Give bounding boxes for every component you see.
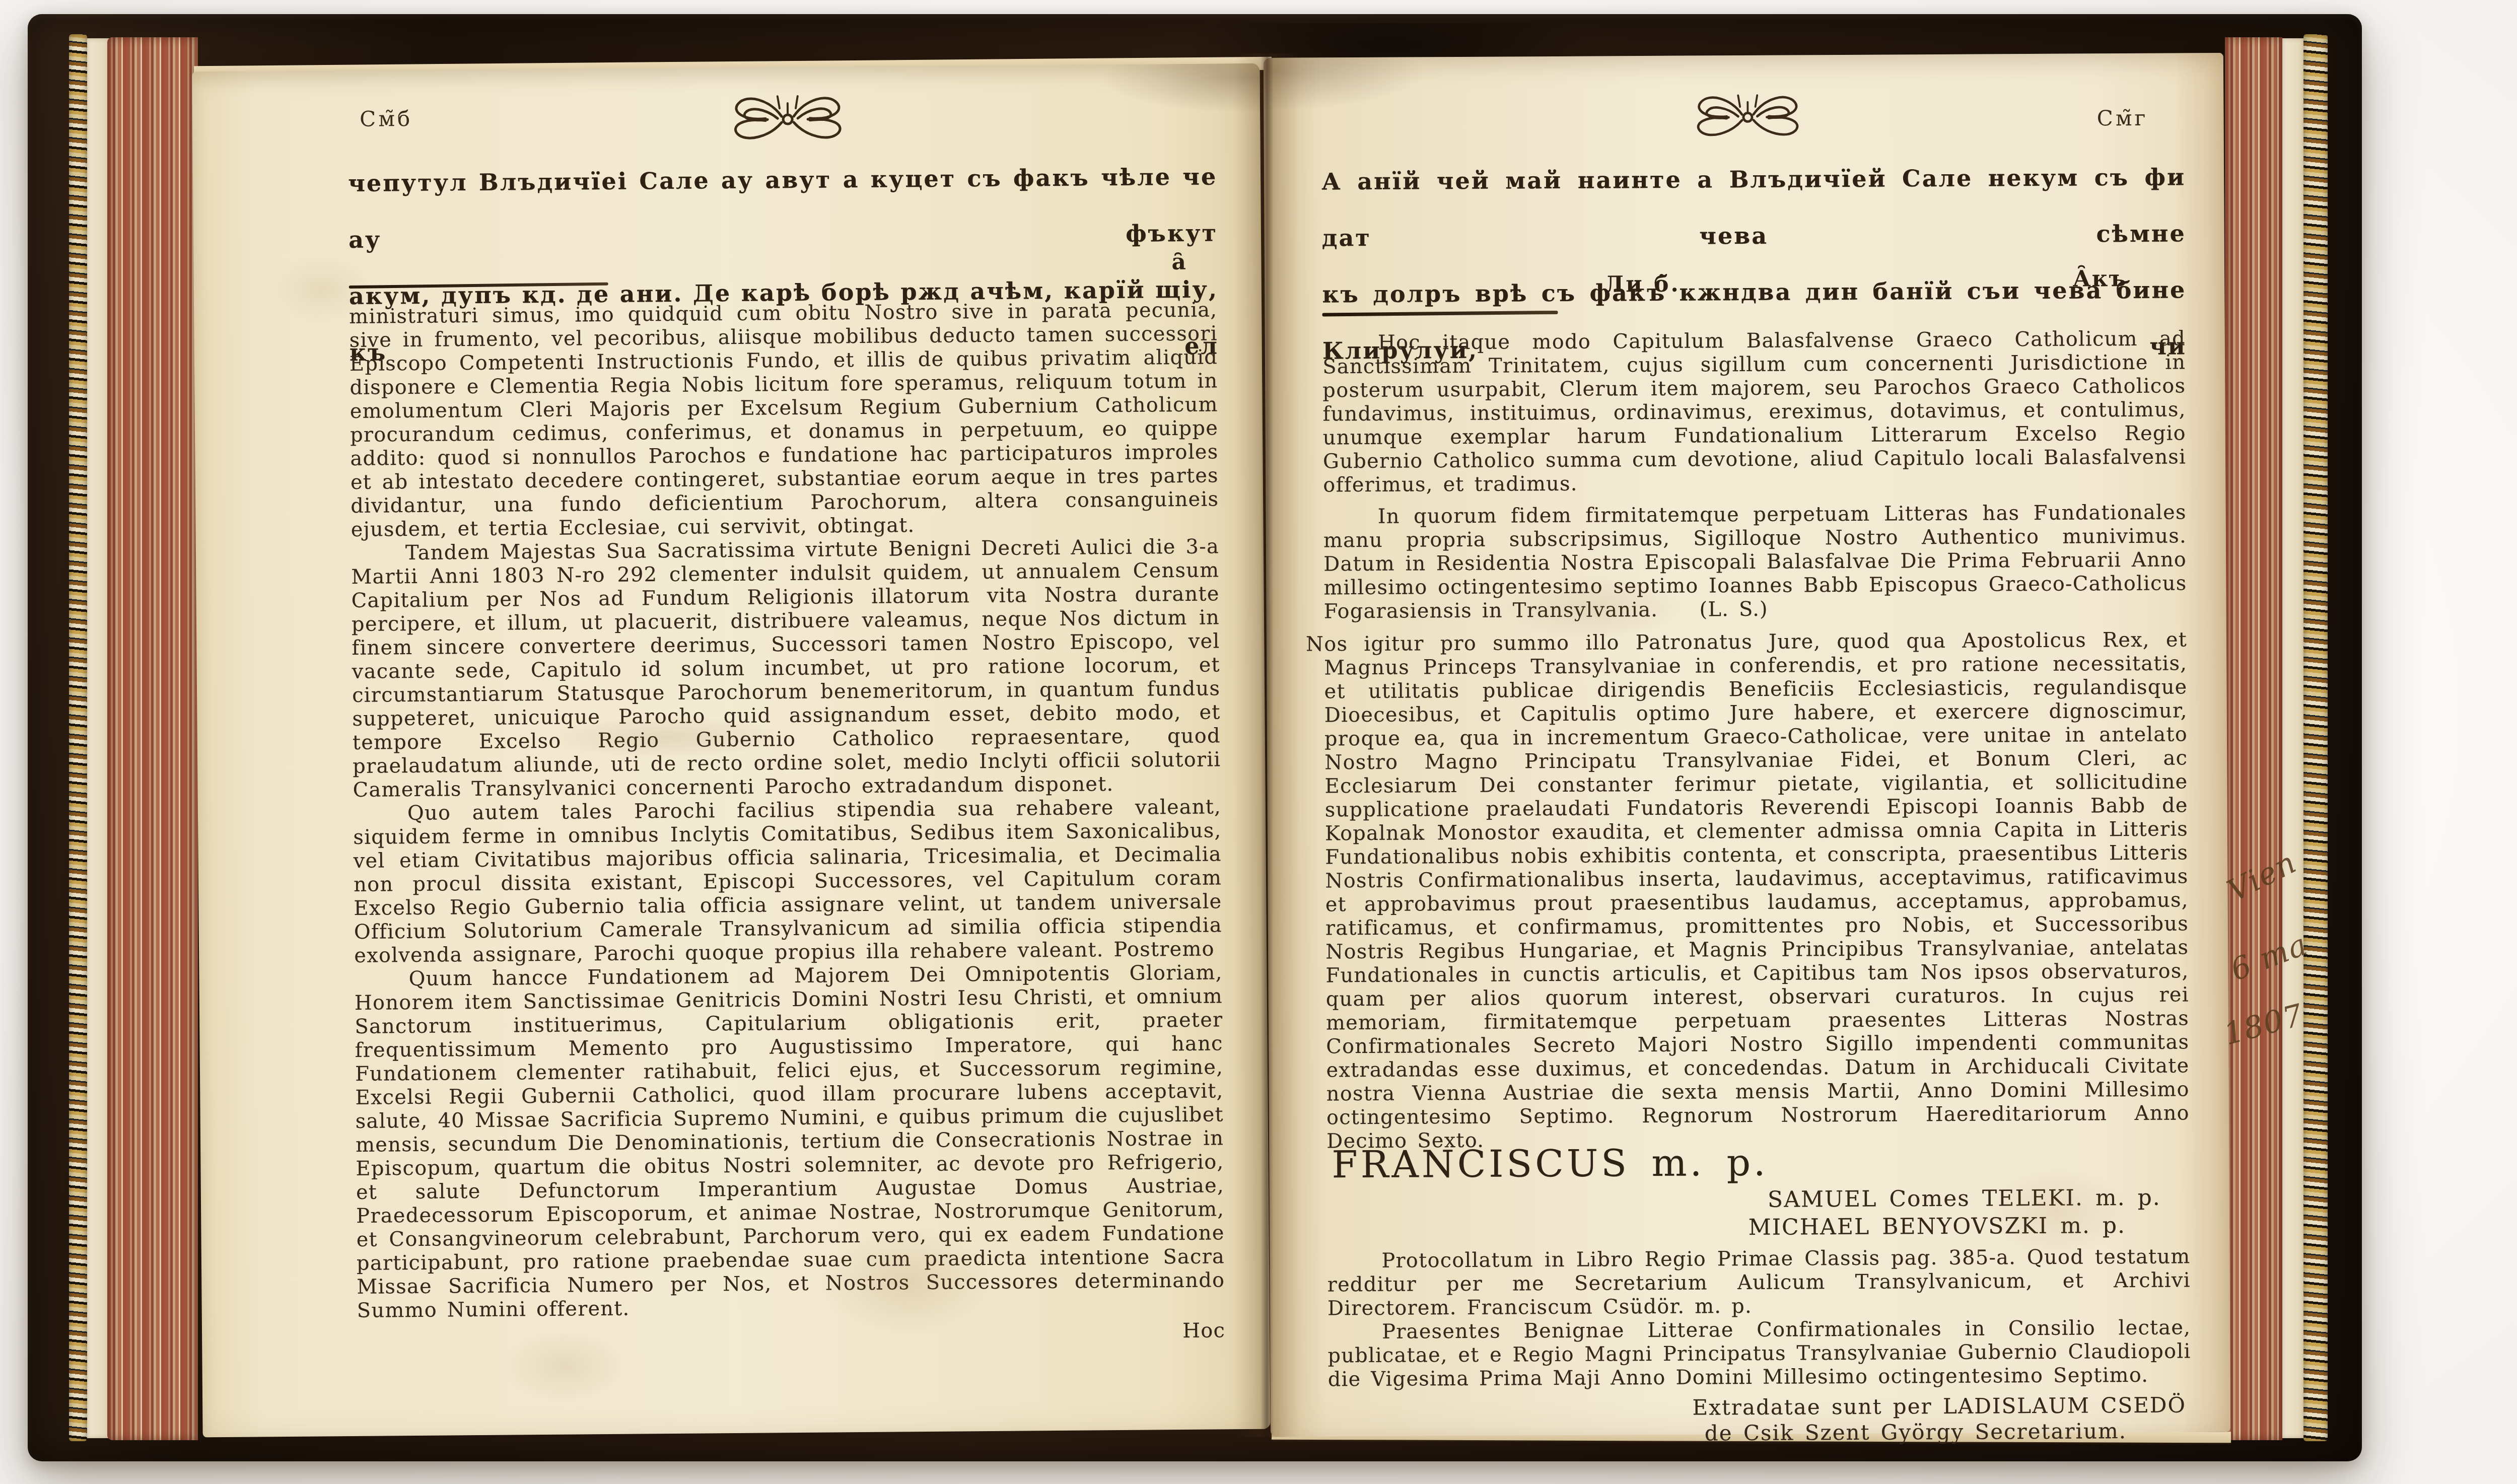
endpaper-edge-left [87, 38, 109, 1438]
printers-ornament-icon [719, 88, 857, 152]
paragraph: Nos igitur pro summo illo Patronatus Jur… [1324, 628, 2190, 1153]
paragraph: Tandem Majestas Sua Sacratissima virtute… [351, 535, 1221, 802]
catchword-cyrillic: А̑къ [2073, 266, 2127, 292]
paragraph: Hoc itaque modo Capitulum Balasfalvense … [1322, 327, 2187, 497]
footnote-ref-row: Ли б̃. А̑къ [1322, 268, 2186, 308]
extradatae-line: de Csik Szent György Secretarium. [1328, 1419, 2191, 1447]
endpaper-edge-right [2282, 38, 2303, 1438]
signature-line: SAMUEL Comes TELEKI. m. p. [1327, 1185, 2190, 1214]
latin-text-right: Hoc itaque modo Capitulum Balasfalvense … [1322, 327, 2192, 1447]
open-book: См̃б чепутул Влъдичїеі Сале ау авут а ку… [28, 14, 2362, 1461]
paragraph: Protocollatum in Libro Regio Primae Clas… [1327, 1245, 2191, 1320]
printers-ornament-icon [1683, 87, 1813, 148]
red-sprinkled-fore-edge-left [107, 37, 198, 1440]
cyrillic-line: А анїй чей май наинте а Влъдичїей Сале н… [1321, 149, 2186, 266]
latin-footnote-text-left: ministraturi simus, imo quidquid cum obi… [349, 298, 1225, 1349]
extradatae-line: Extradatae sunt per LADISLAUM CSEDÖ [1328, 1393, 2191, 1421]
page-left: См̃б чепутул Влъдичїеі Сале ау авут а ку… [192, 63, 1270, 1438]
paragraph: In quorum fidem firmitatemque perpetuam … [1323, 501, 2187, 623]
paragraph: Quum hancce Fundationem ad Majorem Dei O… [354, 961, 1225, 1323]
marbled-endpaper-left [69, 34, 87, 1441]
signature-line: MICHAEL BENYOVSZKI m. p. [1327, 1213, 2190, 1241]
page-number-left: См̃б [360, 106, 412, 131]
footnote-reference-mark: а̑ [1171, 249, 1186, 275]
paragraph: Praesentes Benignae Litterae Confirmatio… [1327, 1316, 2191, 1391]
page-right: См̃г А анїй чей май наинте а Влъдичїей С… [1264, 53, 2230, 1437]
photo-background: См̃б чепутул Влъдичїеі Сале ау авут а ку… [0, 0, 2517, 1484]
catchword-left: Hoc [357, 1319, 1225, 1350]
footnote-reference-label: Ли б̃. [1604, 271, 1681, 298]
cyrillic-line: чепутул Влъдичїеі Сале ау авут а куцет с… [348, 148, 1218, 268]
paragraph: ministraturi simus, imo quidquid cum obi… [349, 298, 1219, 542]
paragraph: Quo autem tales Parochi facilius stipend… [353, 795, 1223, 968]
red-sprinkled-fore-edge-right [2225, 37, 2282, 1440]
marbled-endpaper-right [2303, 34, 2328, 1441]
imperial-signature: FRANCISCUS m. p. [1326, 1149, 2190, 1177]
page-number-right: См̃г [2097, 106, 2148, 131]
